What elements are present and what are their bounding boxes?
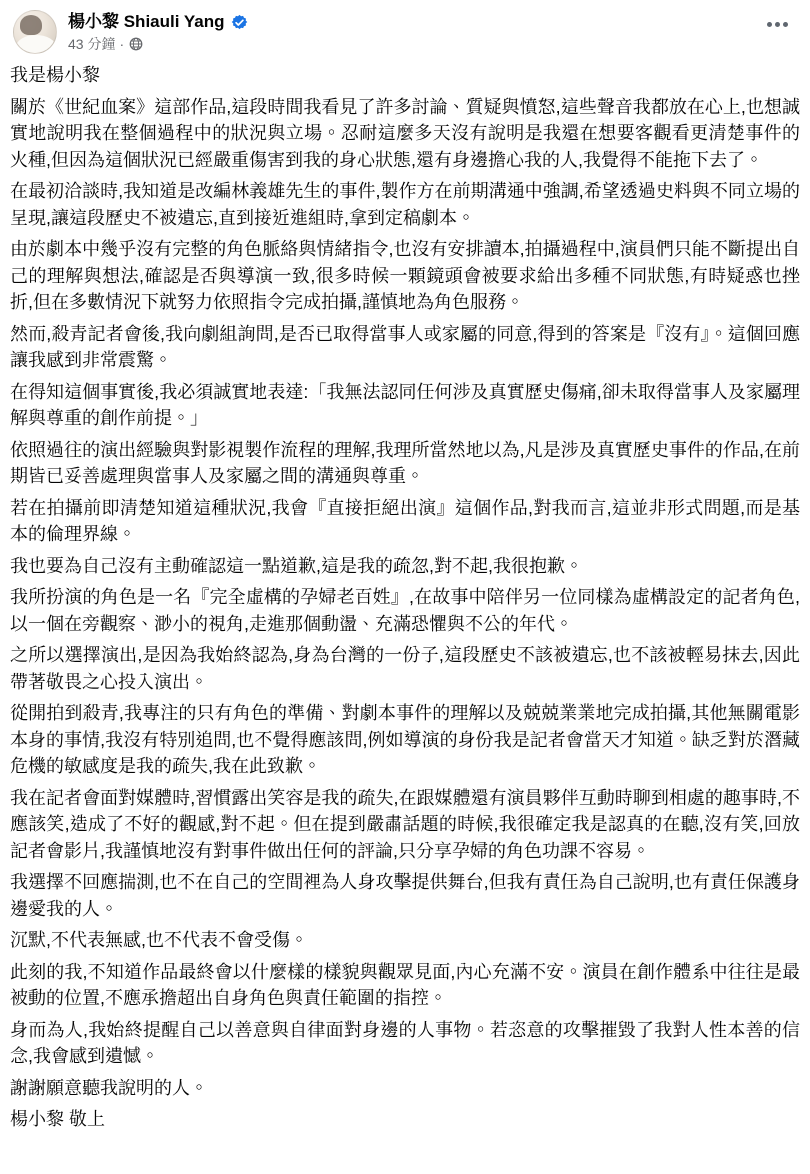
post-paragraph: 我所扮演的角色是一名『完全虛構的孕婦老百姓』,在故事中陪伴另一位同樣為虛構設定的… <box>10 584 800 637</box>
verified-badge-icon <box>231 14 248 31</box>
more-options-button[interactable] <box>761 12 794 37</box>
post-paragraph: 身而為人,我始終提醒自己以善意與自律面對身邊的人事物。若恣意的攻擊摧毀了我對人性… <box>10 1017 800 1070</box>
post-meta-row: 43 分鐘 · <box>68 36 761 52</box>
ellipsis-more-icon <box>783 22 788 27</box>
post-paragraph: 在最初洽談時,我知道是改編林義雄先生的事件,製作方在前期溝通中強調,希望透過史料… <box>10 178 800 231</box>
post-paragraph: 由於劇本中幾乎沒有完整的角色脈絡與情緒指令,也沒有安排讀本,拍攝過程中,演員們只… <box>10 236 800 316</box>
post-paragraph: 我在記者會面對媒體時,習慣露出笑容是我的疏失,在跟媒體還有演員夥伴互動時聊到相處… <box>10 785 800 865</box>
post-paragraph: 依照過往的演出經驗與對影視製作流程的理解,我理所當然地以為,凡是涉及真實歷史事件… <box>10 437 800 490</box>
post-paragraph: 此刻的我,不知道作品最終會以什麼樣的樣貌與觀眾見面,內心充滿不安。演員在創作體系… <box>10 959 800 1012</box>
post-header-info: 楊小黎 Shiauli Yang 43 分鐘 · <box>68 10 761 52</box>
post-paragraph: 楊小黎 敬上 <box>10 1106 800 1133</box>
post-timestamp[interactable]: 43 分鐘 <box>68 36 115 52</box>
post-paragraph: 之所以選擇演出,是因為我始終認為,身為台灣的一份子,這段歷史不該被遺忘,也不該被… <box>10 642 800 695</box>
author-name-link[interactable]: 楊小黎 Shiauli Yang <box>68 12 225 32</box>
post-paragraph: 沉默,不代表無感,也不代表不會受傷。 <box>10 927 800 954</box>
post-paragraph: 我也要為自己沒有主動確認這一點道歉,這是我的疏忽,對不起,我很抱歉。 <box>10 553 800 580</box>
globe-public-icon <box>129 37 143 51</box>
post-header: 楊小黎 Shiauli Yang 43 分鐘 · <box>0 0 810 58</box>
post-paragraph: 我是楊小黎 <box>10 62 800 89</box>
profile-avatar[interactable] <box>13 10 57 54</box>
post-paragraph: 若在拍攝前即清楚知道這種狀況,我會『直接拒絕出演』這個作品,對我而言,這並非形式… <box>10 495 800 548</box>
post-paragraph: 在得知這個事實後,我必須誠實地表達:「我無法認同任何涉及真實歷史傷痛,卻未取得當… <box>10 379 800 432</box>
post-paragraph: 關於《世紀血案》這部作品,這段時間我看見了許多討論、質疑與憤怒,這些聲音我都放在… <box>10 94 800 174</box>
meta-separator: · <box>119 36 124 52</box>
post-body: 我是楊小黎 關於《世紀血案》這部作品,這段時間我看見了許多討論、質疑與憤怒,這些… <box>0 58 810 1139</box>
post-paragraph: 從開拍到殺青,我專注的只有角色的準備、對劇本事件的理解以及兢兢業業地完成拍攝,其… <box>10 700 800 780</box>
ellipsis-more-icon <box>775 22 780 27</box>
post-paragraph: 我選擇不回應揣測,也不在自己的空間裡為人身攻擊提供舞台,但我有責任為自己說明,也… <box>10 869 800 922</box>
author-name-row: 楊小黎 Shiauli Yang <box>68 12 761 32</box>
post-paragraph: 然而,殺青記者會後,我向劇組詢問,是否已取得當事人或家屬的同意,得到的答案是『沒… <box>10 321 800 374</box>
ellipsis-more-icon <box>767 22 772 27</box>
post-paragraph: 謝謝願意聽我說明的人。 <box>10 1075 800 1102</box>
facebook-post: 楊小黎 Shiauli Yang 43 分鐘 · <box>0 0 810 1139</box>
